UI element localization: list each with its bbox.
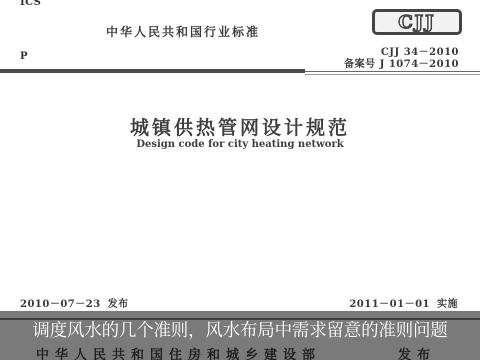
ics-code: ICS bbox=[20, 0, 41, 8]
publisher-label: 发布 bbox=[398, 344, 436, 360]
publisher-name: 中华人民共和国住房和城乡建设部 bbox=[36, 344, 321, 360]
logo-text: CJJ bbox=[398, 12, 435, 33]
effective-date: 2011－01－01 bbox=[349, 299, 430, 310]
overlay-caption: 调度风水的几个准则，风水布局中需求留意的准则问题 bbox=[0, 320, 480, 342]
header-divider-thin bbox=[305, 71, 480, 72]
cjj-logo: CJJ bbox=[372, 9, 462, 35]
document-title-english: Design code for city heating network bbox=[0, 139, 480, 150]
issue-date: 2010－07－23 bbox=[20, 299, 101, 310]
effective-date-block: 2011－01－01 实施 bbox=[349, 295, 458, 310]
standard-cover-page: ICS P 中华人民共和国行业标准 CJJ CJJ 34－2010 备案号 J … bbox=[0, 0, 480, 360]
document-title-chinese: 城镇供热管网设计规范 bbox=[0, 113, 480, 140]
header-divider-thick bbox=[0, 69, 305, 73]
issue-date-block: 2010－07－23 发布 bbox=[20, 295, 129, 310]
effective-label: 实施 bbox=[437, 299, 458, 310]
category-code: P bbox=[20, 51, 28, 62]
record-number: 备案号 J 1074－2010 bbox=[344, 55, 459, 70]
header-divider-thin-secondary bbox=[305, 74, 480, 75]
standard-type-heading: 中华人民共和国行业标准 bbox=[106, 23, 260, 40]
issue-label: 发布 bbox=[108, 299, 129, 310]
